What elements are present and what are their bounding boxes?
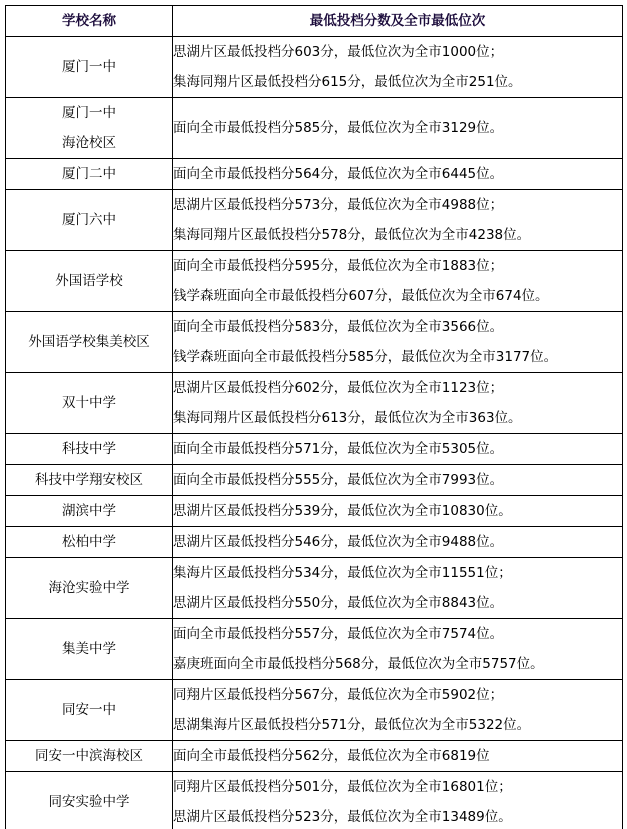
school-name-cell: 同安一中滨海校区 xyxy=(6,741,173,772)
score-detail-line: 面向全市最低投档分557分，最低位次为全市7574位。 xyxy=(173,619,622,649)
school-name: 同安实验中学 xyxy=(6,787,172,817)
school-name: 双十中学 xyxy=(6,388,172,418)
school-name: 厦门二中 xyxy=(6,159,172,189)
score-detail-line: 思湖片区最低投档分550分，最低位次为全市8843位。 xyxy=(173,588,622,618)
table-row: 同安实验中学同翔片区最低投档分501分，最低位次为全市16801位；思湖片区最低… xyxy=(6,772,623,829)
table-row: 科技中学面向全市最低投档分571分，最低位次为全市5305位。 xyxy=(6,434,623,465)
school-name-cell: 同安实验中学 xyxy=(6,772,173,829)
school-name-cell: 外国语学校 xyxy=(6,251,173,312)
school-name-cell: 厦门二中 xyxy=(6,159,173,190)
school-name: 同安一中 xyxy=(6,695,172,725)
score-detail-line: 面向全市最低投档分595分，最低位次为全市1883位； xyxy=(173,251,622,281)
school-name: 同安一中滨海校区 xyxy=(6,741,172,771)
score-detail-line: 同翔片区最低投档分501分，最低位次为全市16801位； xyxy=(173,772,622,802)
score-detail-line: 同翔片区最低投档分567分，最低位次为全市5902位； xyxy=(173,680,622,710)
score-detail-line: 钱学森班面向全市最低投档分607分，最低位次为全市674位。 xyxy=(173,281,622,311)
school-name-cell: 厦门一中海沧校区 xyxy=(6,98,173,159)
score-detail-line: 嘉庚班面向全市最低投档分568分，最低位次为全市5757位。 xyxy=(173,649,622,679)
school-name: 外国语学校集美校区 xyxy=(6,327,172,357)
score-detail-line: 集海同翔片区最低投档分615分，最低位次为全市251位。 xyxy=(173,67,622,97)
score-detail-line: 思湖片区最低投档分602分，最低位次为全市1123位； xyxy=(173,373,622,403)
score-detail-cell: 思湖片区最低投档分603分，最低位次为全市1000位；集海同翔片区最低投档分61… xyxy=(173,37,623,98)
score-detail-line: 集海同翔片区最低投档分613分，最低位次为全市363位。 xyxy=(173,403,622,433)
table-row: 厦门六中思湖片区最低投档分573分，最低位次为全市4988位；集海同翔片区最低投… xyxy=(6,190,623,251)
score-detail-cell: 面向全市最低投档分555分，最低位次为全市7993位。 xyxy=(173,465,623,496)
score-detail-line: 集海同翔片区最低投档分578分，最低位次为全市4238位。 xyxy=(173,220,622,250)
school-name-cell: 科技中学 xyxy=(6,434,173,465)
school-name: 厦门一中 xyxy=(6,52,172,82)
score-detail-cell: 同翔片区最低投档分501分，最低位次为全市16801位；思湖片区最低投档分523… xyxy=(173,772,623,829)
school-name-cell: 湖滨中学 xyxy=(6,496,173,527)
score-detail-cell: 面向全市最低投档分595分，最低位次为全市1883位；钱学森班面向全市最低投档分… xyxy=(173,251,623,312)
school-name: 海沧校区 xyxy=(6,128,172,158)
score-detail-cell: 思湖片区最低投档分546分，最低位次为全市9488位。 xyxy=(173,527,623,558)
school-name-cell: 松柏中学 xyxy=(6,527,173,558)
header-row: 学校名称 最低投档分数及全市最低位次 xyxy=(6,6,623,37)
score-detail-line: 思湖片区最低投档分573分，最低位次为全市4988位； xyxy=(173,190,622,220)
table-row: 双十中学思湖片区最低投档分602分，最低位次为全市1123位；集海同翔片区最低投… xyxy=(6,373,623,434)
score-detail-line: 面向全市最低投档分583分，最低位次为全市3566位。 xyxy=(173,312,622,342)
score-detail-line: 面向全市最低投档分571分，最低位次为全市5305位。 xyxy=(173,434,622,464)
table-row: 外国语学校面向全市最低投档分595分，最低位次为全市1883位；钱学森班面向全市… xyxy=(6,251,623,312)
table-row: 同安一中同翔片区最低投档分567分，最低位次为全市5902位；思湖集海片区最低投… xyxy=(6,680,623,741)
school-name: 厦门六中 xyxy=(6,205,172,235)
table-row: 松柏中学思湖片区最低投档分546分，最低位次为全市9488位。 xyxy=(6,527,623,558)
table-row: 外国语学校集美校区面向全市最低投档分583分，最低位次为全市3566位。钱学森班… xyxy=(6,312,623,373)
school-name: 科技中学翔安校区 xyxy=(6,465,172,495)
score-detail-cell: 同翔片区最低投档分567分，最低位次为全市5902位；思湖集海片区最低投档分57… xyxy=(173,680,623,741)
score-detail-cell: 面向全市最低投档分562分，最低位次为全市6819位 xyxy=(173,741,623,772)
school-name-cell: 集美中学 xyxy=(6,619,173,680)
school-name: 海沧实验中学 xyxy=(6,573,172,603)
score-detail-line: 面向全市最低投档分562分，最低位次为全市6819位 xyxy=(173,741,622,771)
admission-score-table: 学校名称 最低投档分数及全市最低位次 厦门一中思湖片区最低投档分603分，最低位… xyxy=(5,5,623,829)
score-detail-cell: 面向全市最低投档分557分，最低位次为全市7574位。嘉庚班面向全市最低投档分5… xyxy=(173,619,623,680)
table-row: 科技中学翔安校区面向全市最低投档分555分，最低位次为全市7993位。 xyxy=(6,465,623,496)
school-name-cell: 厦门六中 xyxy=(6,190,173,251)
table-row: 湖滨中学思湖片区最低投档分539分，最低位次为全市10830位。 xyxy=(6,496,623,527)
table-row: 同安一中滨海校区面向全市最低投档分562分，最低位次为全市6819位 xyxy=(6,741,623,772)
score-detail-line: 面向全市最低投档分555分，最低位次为全市7993位。 xyxy=(173,465,622,495)
school-name-cell: 双十中学 xyxy=(6,373,173,434)
score-detail-line: 集海片区最低投档分534分，最低位次为全市11551位； xyxy=(173,558,622,588)
score-detail-line: 面向全市最低投档分585分，最低位次为全市3129位。 xyxy=(173,113,622,143)
score-detail-cell: 面向全市最低投档分571分，最低位次为全市5305位。 xyxy=(173,434,623,465)
score-detail-cell: 集海片区最低投档分534分，最低位次为全市11551位；思湖片区最低投档分550… xyxy=(173,558,623,619)
school-name: 科技中学 xyxy=(6,434,172,464)
school-name-cell: 外国语学校集美校区 xyxy=(6,312,173,373)
table-row: 集美中学面向全市最低投档分557分，最低位次为全市7574位。嘉庚班面向全市最低… xyxy=(6,619,623,680)
score-detail-line: 思湖集海片区最低投档分571分，最低位次为全市5322位。 xyxy=(173,710,622,740)
table-row: 厦门二中面向全市最低投档分564分，最低位次为全市6445位。 xyxy=(6,159,623,190)
school-name: 松柏中学 xyxy=(6,527,172,557)
school-name: 湖滨中学 xyxy=(6,496,172,526)
score-detail-cell: 思湖片区最低投档分573分，最低位次为全市4988位；集海同翔片区最低投档分57… xyxy=(173,190,623,251)
table-row: 海沧实验中学集海片区最低投档分534分，最低位次为全市11551位；思湖片区最低… xyxy=(6,558,623,619)
header-score-rank: 最低投档分数及全市最低位次 xyxy=(173,6,623,37)
school-name-cell: 同安一中 xyxy=(6,680,173,741)
score-detail-cell: 面向全市最低投档分564分，最低位次为全市6445位。 xyxy=(173,159,623,190)
score-detail-cell: 面向全市最低投档分583分，最低位次为全市3566位。钱学森班面向全市最低投档分… xyxy=(173,312,623,373)
score-detail-line: 思湖片区最低投档分603分，最低位次为全市1000位； xyxy=(173,37,622,67)
table-row: 厦门一中海沧校区面向全市最低投档分585分，最低位次为全市3129位。 xyxy=(6,98,623,159)
score-detail-cell: 面向全市最低投档分585分，最低位次为全市3129位。 xyxy=(173,98,623,159)
table-row: 厦门一中思湖片区最低投档分603分，最低位次为全市1000位；集海同翔片区最低投… xyxy=(6,37,623,98)
school-name: 集美中学 xyxy=(6,634,172,664)
school-name: 外国语学校 xyxy=(6,266,172,296)
header-school-name: 学校名称 xyxy=(6,6,173,37)
school-name-cell: 科技中学翔安校区 xyxy=(6,465,173,496)
score-detail-cell: 思湖片区最低投档分539分，最低位次为全市10830位。 xyxy=(173,496,623,527)
school-name-cell: 海沧实验中学 xyxy=(6,558,173,619)
score-detail-line: 面向全市最低投档分564分，最低位次为全市6445位。 xyxy=(173,159,622,189)
score-detail-line: 思湖片区最低投档分546分，最低位次为全市9488位。 xyxy=(173,527,622,557)
school-name: 厦门一中 xyxy=(6,98,172,128)
score-detail-cell: 思湖片区最低投档分602分，最低位次为全市1123位；集海同翔片区最低投档分61… xyxy=(173,373,623,434)
school-name-cell: 厦门一中 xyxy=(6,37,173,98)
score-detail-line: 思湖片区最低投档分523分，最低位次为全市13489位。 xyxy=(173,802,622,829)
score-detail-line: 钱学森班面向全市最低投档分585分，最低位次为全市3177位。 xyxy=(173,342,622,372)
score-detail-line: 思湖片区最低投档分539分，最低位次为全市10830位。 xyxy=(173,496,622,526)
